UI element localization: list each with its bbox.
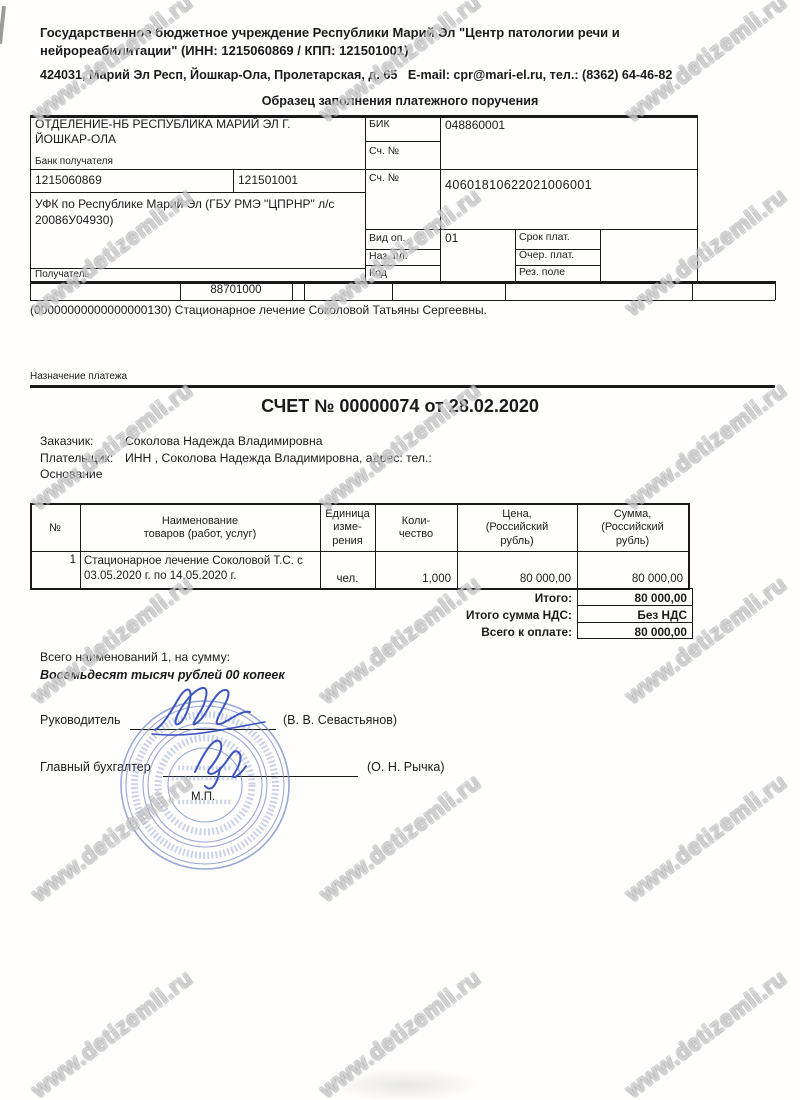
signature-line <box>130 729 276 730</box>
corr-account-label: Сч. № <box>369 145 399 157</box>
grand-total-label: Всего к оплате: <box>250 624 572 641</box>
inn-value: 1215060869 <box>35 173 102 187</box>
director-name: (В. В. Севастьянов) <box>283 713 397 727</box>
col-header-unit: Единица изме- рения <box>320 505 375 551</box>
watermark-text: www.detizemli.ru <box>314 769 486 908</box>
oktmo-value: 88701000 <box>180 284 292 296</box>
scanned-invoice-document: Государственное бюджетное учреждение Рес… <box>0 0 800 1100</box>
vat-label: Итого сумма НДС: <box>250 607 572 624</box>
bik-value: 048860001 <box>445 118 505 132</box>
grid-line <box>292 281 293 300</box>
grid-line <box>688 503 690 590</box>
row-name: Стационарное лечение Соколовой Т.С. с 03… <box>84 554 318 584</box>
grid-line <box>30 169 697 170</box>
grid-line <box>365 141 440 142</box>
signature-line <box>163 776 358 777</box>
watermark-text: www.detizemli.ru <box>26 965 198 1100</box>
grid-line <box>30 281 775 284</box>
watermark-text: www.detizemli.ru <box>314 0 486 127</box>
col-header-sum: Сумма, (Российский рубль) <box>577 505 688 551</box>
grid-line <box>392 281 393 300</box>
round-stamp <box>121 701 289 869</box>
accountant-name: (О. Н. Рычка) <box>367 760 445 774</box>
section-divider-line <box>30 385 775 388</box>
naz-pl-label: Наз. пл. <box>369 250 408 262</box>
col-header-qty: Коли- чество <box>375 505 457 551</box>
row-num: 1 <box>32 554 76 566</box>
items-count-line: Всего наименований 1, на сумму: <box>40 650 230 664</box>
vid-op-label: Вид оп. <box>369 232 405 244</box>
total-value: 80 000,00 <box>579 590 687 606</box>
recipient-label: Получатель <box>35 269 90 280</box>
grid-line <box>600 229 601 281</box>
srok-plat-label: Срок плат. <box>519 231 570 243</box>
accountant-label: Главный бухгалтер <box>40 760 151 774</box>
basis-label: Основание <box>40 467 103 481</box>
row-unit: чел. <box>320 551 375 585</box>
grand-total-value: 80 000,00 <box>579 624 687 640</box>
customer-value: Соколова Надежда Владимировна <box>125 434 323 448</box>
recipient-bank-name: ОТДЕЛЕНИЕ-НБ РЕСПУБЛИКА МАРИЙ ЭЛ Г. ЙОШК… <box>35 117 355 147</box>
payment-purpose-line: (00000000000000000130) Стационарное лече… <box>30 303 630 317</box>
scan-smudge <box>330 1068 480 1100</box>
amount-in-words: Восемьдесят тысяч рублей 00 копеек <box>40 668 285 682</box>
account-label: Сч. № <box>369 172 399 184</box>
row-sum: 80 000,00 <box>577 551 683 585</box>
grid-line <box>697 115 698 281</box>
grid-line <box>692 281 693 300</box>
ocher-plat-label: Очер. плат. <box>519 249 574 261</box>
payer-value: ИНН , Соколова Надежда Владимировна, адр… <box>125 451 432 465</box>
bik-label: БИК <box>369 118 390 130</box>
mp-seal-caption: М.П. <box>191 791 215 803</box>
grid-line <box>30 300 775 301</box>
invoice-title: СЧЕТ № 00000074 от 28.02.2020 <box>30 396 770 417</box>
org-name-header: Государственное бюджетное учреждение Рес… <box>40 24 760 60</box>
grid-line <box>304 281 305 300</box>
watermark-text: www.detizemli.ru <box>26 571 198 710</box>
grid-line <box>505 281 506 300</box>
watermark-text: www.detizemli.ru <box>26 769 198 908</box>
director-signature <box>152 688 265 735</box>
vat-value: Без НДС <box>579 607 687 623</box>
org-address-line: 424031, Марий Эл Респ, Йошкар-Ола, Проле… <box>40 68 780 82</box>
payer-label: Плательщик: <box>40 451 113 465</box>
recipient-bank-label: Банк получателя <box>35 156 113 167</box>
watermark-text: www.detizemli.ru <box>26 0 198 127</box>
scan-edge-artifact <box>0 6 6 44</box>
grid-line <box>30 115 31 300</box>
grid-line <box>515 229 516 281</box>
grid-line <box>233 169 234 192</box>
col-header-name: Наименование товаров (работ, услуг) <box>80 505 320 551</box>
recipient-name: УФК по Республике Марий Эл (ГБУ РМЭ "ЦПР… <box>35 196 360 228</box>
director-label: Руководитель <box>40 713 121 727</box>
row-qty: 1,000 <box>375 551 451 585</box>
purpose-caption: Назначение платежа <box>30 371 127 382</box>
grid-line <box>30 192 365 193</box>
total-label: Итого: <box>250 590 572 607</box>
row-price: 80 000,00 <box>457 551 571 585</box>
grid-line <box>440 115 441 281</box>
watermark-text: www.detizemli.ru <box>620 0 792 127</box>
customer-label: Заказчик: <box>40 434 93 448</box>
kod-label: Код <box>369 267 387 279</box>
col-header-num: № <box>30 505 80 551</box>
vid-op-value: 01 <box>445 231 458 245</box>
kpp-value: 121501001 <box>238 173 298 187</box>
watermark-text: www.detizemli.ru <box>620 965 792 1100</box>
grid-line <box>365 115 366 281</box>
sample-title: Образец заполнения платежного поручения <box>30 94 770 108</box>
account-value: 40601810622021006001 <box>445 178 592 192</box>
col-header-price: Цена, (Российский рубль) <box>457 505 577 551</box>
grid-line <box>775 281 776 300</box>
watermark-text: www.detizemli.ru <box>620 769 792 908</box>
rez-pole-label: Рез. поле <box>519 266 565 278</box>
accountant-signature <box>195 741 246 789</box>
